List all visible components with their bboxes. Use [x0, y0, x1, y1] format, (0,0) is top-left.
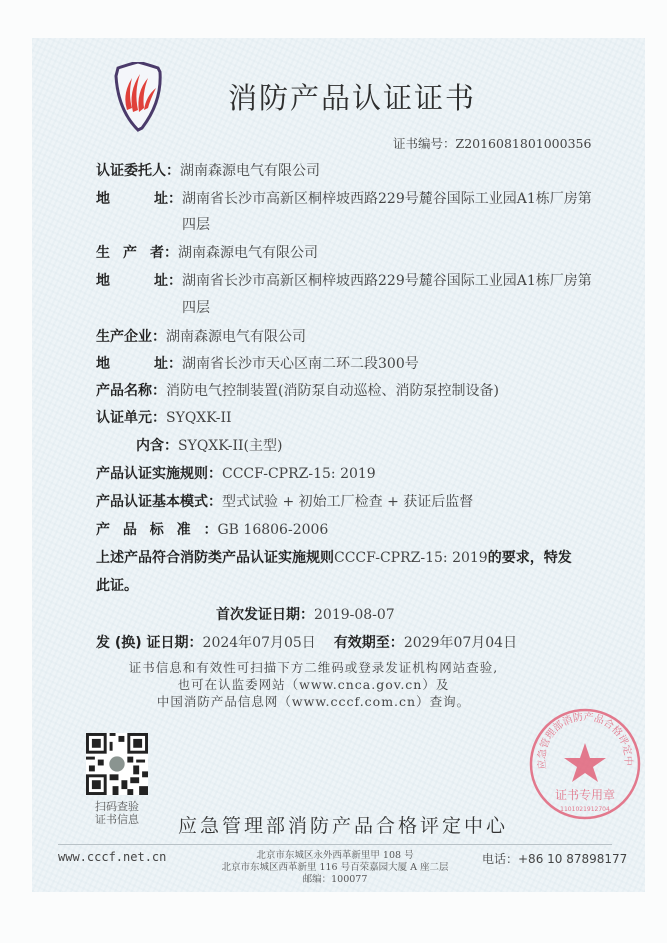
- field-value: 湖南省长沙市天心区南二环二段300号: [182, 356, 419, 372]
- field-value: GB 16806-2006: [218, 522, 329, 538]
- field-label: 有效期至：: [334, 632, 404, 652]
- field-label: 发 (换) 证日期：: [96, 632, 203, 652]
- svg-text:1101021912704: 1101021912704: [560, 806, 610, 813]
- statement: 上述产品符合消防类产品认证实施规则CCCF-CPRZ-15: 2019的要求，特…: [96, 547, 572, 567]
- issue-dates: 发 (换) 证日期：2024年07月05日有效期至：2029年07月04日: [96, 632, 517, 652]
- qr-code[interactable]: [86, 733, 148, 795]
- field-label: 认证单元：: [96, 407, 166, 427]
- field-label: 者：: [150, 242, 178, 262]
- field-product-name: 产品名称：消防电气控制装置(消防泵自动巡检、消防泵控制设备): [96, 380, 499, 400]
- address-line: 北京市东城区西革新里 116 号百荣嘉园大厦 A 座二层: [190, 862, 480, 874]
- field-label: 认证委托人：: [96, 160, 180, 180]
- field-standard: 产 品 标 准 ：GB 16806-2006: [96, 519, 328, 539]
- field-label: 地: [96, 270, 154, 290]
- field-value: 消防电气控制装置(消防泵自动巡检、消防泵控制设备): [166, 383, 499, 399]
- qr-caption-line: 证书信息: [92, 813, 142, 826]
- statement-text: 的要求，特发: [488, 550, 572, 566]
- qr-caption: 扫码查验 证书信息: [92, 800, 142, 826]
- cert-no-value: Z2016081801000356: [456, 136, 592, 151]
- field-label: 产品认证基本模式：: [96, 491, 222, 511]
- field-manufacturer: 生产企业：湖南森源电气有限公司: [96, 326, 306, 346]
- statement-cont: 此证。: [96, 575, 138, 595]
- qr-caption-line: 扫码查验: [92, 800, 142, 813]
- field-label: 址：: [154, 353, 182, 373]
- field-value: 湖南森源电气有限公司: [178, 245, 318, 261]
- field-includes: 内含：SYQXK-II(主型): [136, 435, 282, 455]
- field-manufacturer-address: 地址：湖南省长沙市天心区南二环二段300号: [96, 353, 419, 373]
- field-impl-rule: 产品认证实施规则：CCCF-CPRZ-15: 2019: [96, 463, 376, 483]
- field-value: 湖南省长沙市高新区桐梓坡西路229号麓谷国际工业园A1栋厂房第: [182, 191, 592, 207]
- field-label: 地: [96, 353, 154, 373]
- field-producer-address-cont: 四层: [182, 297, 210, 317]
- field-label: 产品认证实施规则：: [96, 463, 222, 483]
- field-value: 湖南森源电气有限公司: [180, 163, 320, 179]
- field-basic-mode: 产品认证基本模式：型式试验 + 初始工厂检查 + 获证后监督: [96, 491, 473, 511]
- postcode: 邮编：100077: [190, 874, 480, 886]
- address-line: 北京市东城区永外西革新里甲 108 号: [190, 850, 480, 862]
- field-label: 内含：: [136, 435, 178, 455]
- field-label: 地: [96, 188, 154, 208]
- statement-text: 上述产品符合消防类产品认证实施规则: [96, 550, 334, 566]
- field-client: 认证委托人：湖南森源电气有限公司: [96, 160, 320, 180]
- field-value: SYQXK-II(主型): [178, 438, 282, 454]
- footer-phone: 电话：+86 10 87898177: [482, 850, 627, 867]
- field-value: CCCF-CPRZ-15: 2019: [222, 466, 376, 482]
- official-seal-icon: 应急管理部消防产品合格评定中心 证书专用章 1101021912704: [528, 707, 642, 821]
- field-value: 2029年07月04日: [404, 635, 517, 651]
- field-value: 四层: [182, 217, 210, 233]
- issuing-organization: 应急管理部消防产品合格评定中心: [178, 811, 508, 838]
- verify-note-line: 证书信息和有效性可扫描下方二维码或登录发证机构网站查验,: [0, 659, 647, 676]
- svg-text:证书专用章: 证书专用章: [555, 787, 615, 802]
- field-cert-unit: 认证单元：SYQXK-II: [96, 407, 232, 427]
- field-client-address-cont: 四层: [182, 214, 210, 234]
- field-label: 产: [123, 242, 150, 262]
- field-value: 四层: [182, 300, 210, 316]
- field-label: 生产企业：: [96, 326, 166, 346]
- field-producer-address: 地址：湖南省长沙市高新区桐梓坡西路229号麓谷国际工业园A1栋厂房第: [96, 270, 592, 290]
- field-value: 2024年07月05日: [203, 635, 316, 651]
- field-value: 湖南森源电气有限公司: [166, 329, 306, 345]
- verify-note: 证书信息和有效性可扫描下方二维码或登录发证机构网站查验, 也可在认监委网站（ww…: [0, 659, 647, 710]
- field-label: 产品名称：: [96, 380, 166, 400]
- shield-flame-logo-icon: [112, 62, 164, 132]
- verify-note-line: 也可在认监委网站（www.cnca.gov.cn）及: [0, 676, 647, 693]
- cert-no-label: 证书编号：: [393, 136, 456, 151]
- statement-rule: CCCF-CPRZ-15: 2019: [334, 550, 488, 566]
- footer-website-link[interactable]: www.cccf.net.cn: [58, 850, 166, 864]
- field-label: 首次发证日期：: [216, 604, 314, 624]
- certificate-number: 证书编号：Z2016081801000356: [393, 134, 591, 152]
- field-value: 湖南省长沙市高新区桐梓坡西路229号麓谷国际工业园A1栋厂房第: [182, 273, 592, 289]
- field-label: 生: [96, 242, 123, 262]
- field-label: 址：: [154, 270, 182, 290]
- field-client-address: 地址：湖南省长沙市高新区桐梓坡西路229号麓谷国际工业园A1栋厂房第: [96, 188, 592, 208]
- field-producer: 生产者：湖南森源电气有限公司: [96, 242, 318, 262]
- field-value: 2019-08-07: [314, 607, 395, 623]
- page-title: 消防产品认证证书: [228, 76, 476, 117]
- footer-divider: [58, 844, 612, 845]
- footer-address: 北京市东城区永外西革新里甲 108 号 北京市东城区西革新里 116 号百荣嘉园…: [190, 850, 480, 886]
- field-value: SYQXK-II: [166, 410, 232, 426]
- first-issue-date: 首次发证日期：2019-08-07: [216, 604, 395, 624]
- field-label: 产 品 标 准 ：: [96, 519, 218, 539]
- field-value: 型式试验 + 初始工厂检查 + 获证后监督: [222, 494, 473, 510]
- field-label: 址：: [154, 188, 182, 208]
